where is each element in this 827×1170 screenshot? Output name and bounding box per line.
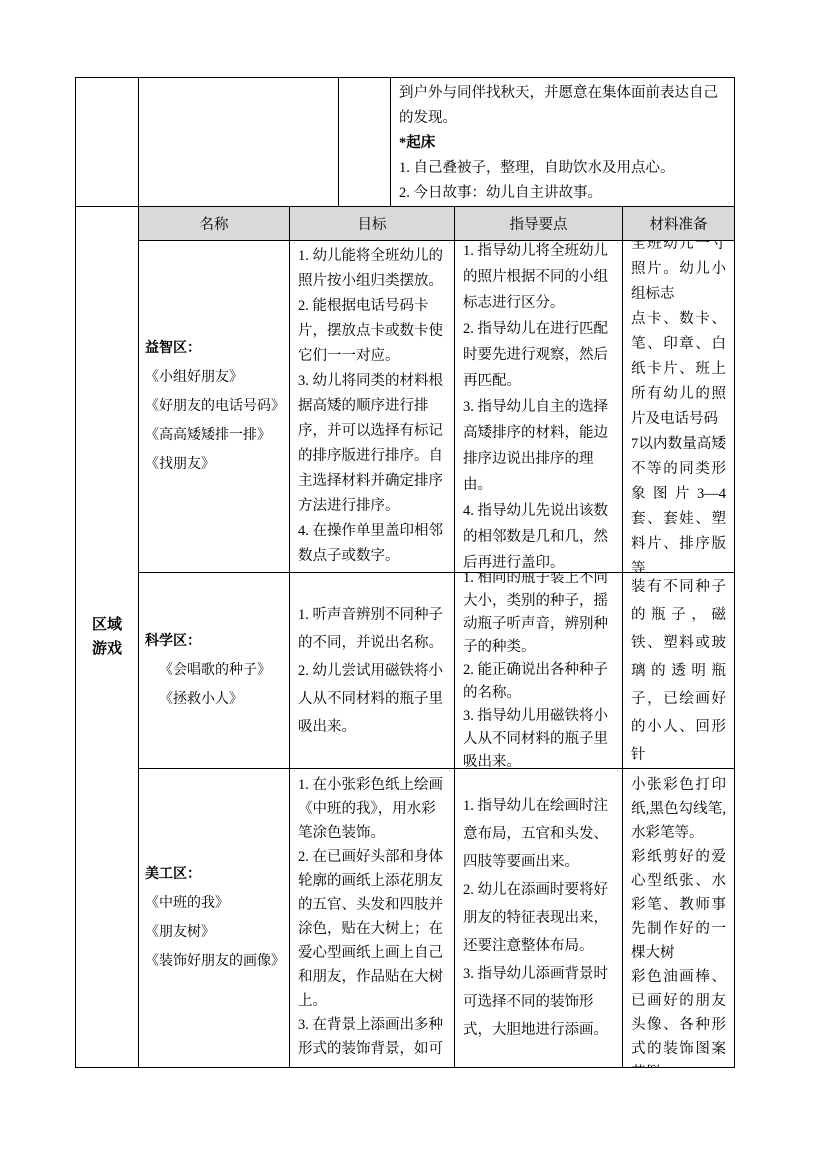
table-row-art-area: 美工区： 《中班的我》 《朋友树》 《装饰好朋友的画像》 1. 在小张彩色纸上绘… (139, 769, 734, 1067)
table-columns: 名称 目标 指导要点 材料准备 益智区： 《小组好朋友》 《好朋友的电话号码》 … (139, 207, 734, 1067)
puzzle-area-materials-cell: 全班幼儿一寸照片。幼儿小组标志 点卡、数卡、笔、印章、白纸卡片、班上所有幼儿的照… (623, 241, 734, 572)
science-area-guidance-cell: 1. 相同的瓶子装上不同大小，类别的种子，摇动瓶子听声音，辨别种子的种类。 2.… (455, 573, 623, 768)
science-area-title: 科学区： (145, 627, 289, 656)
art-area-materials-cell: 小张彩色打印纸,黑色勾线笔,水彩笔等。 彩纸剪好的爱心型纸张、水彩笔、教师事先制… (623, 769, 734, 1067)
science-area-materials-cell: 装有不同种子的瓶子，磁铁、塑料或玻璃的透明瓶子，已绘画好的小人、回形针 (623, 573, 734, 768)
weekly-plan-table: 到户外与同伴找秋天，并愿意在集体面前表达自己的发现。 *起床 1. 自己叠被子，… (75, 77, 735, 1068)
header-name: 名称 (139, 207, 290, 240)
table-row-science-area: 科学区： 《会唱歌的种子》 《拯救小人》 1. 听声音辨别不同种子的不同，并说出… (139, 573, 734, 769)
art-area-activities: 《中班的我》 《朋友树》 《装饰好朋友的画像》 (145, 889, 289, 976)
puzzle-area-goals-cell: 1. 幼儿能将全班幼儿的照片按小组归类摆放。 2. 能根据电话号码卡片，摆放点卡… (290, 241, 455, 572)
routine-intro-text: 到户外与同伴找秋天，并愿意在集体面前表达自己的发现。 (399, 81, 732, 131)
document-page: 到户外与同伴找秋天，并愿意在集体面前表达自己的发现。 *起床 1. 自己叠被子，… (0, 0, 827, 1170)
empty-cell (339, 78, 391, 206)
wakeup-heading: *起床 (399, 131, 732, 156)
puzzle-area-title: 益智区： (145, 334, 289, 363)
science-area-goals-cell: 1. 听声音辨别不同种子的不同，并说出名称。 2. 幼儿尝试用磁铁将小人从不同材… (290, 573, 455, 768)
science-area-name-cell: 科学区： 《会唱歌的种子》 《拯救小人》 (139, 573, 290, 768)
science-area-activities: 《会唱歌的种子》 《拯救小人》 (145, 656, 289, 714)
puzzle-area-guidance-cell: 1. 指导幼儿将全班幼儿的照片根据不同的小组标志进行区分。 2. 指导幼儿在进行… (455, 241, 623, 572)
header-materials: 材料准备 (623, 207, 734, 240)
art-area-title: 美工区： (145, 860, 289, 889)
table-row-daily-routine: 到户外与同伴找秋天，并愿意在集体面前表达自己的发现。 *起床 1. 自己叠被子，… (76, 78, 734, 207)
header-guidance: 指导要点 (455, 207, 623, 240)
wakeup-items: 1. 自己叠被子，整理，自助饮水及用点心。 2. 今日故事：幼儿自主讲故事。 (399, 156, 732, 206)
empty-cell (76, 78, 139, 206)
area-games-label: 区域游戏 (91, 613, 123, 661)
art-area-name-cell: 美工区： 《中班的我》 《朋友树》 《装饰好朋友的画像》 (139, 769, 290, 1067)
puzzle-area-activities: 《小组好朋友》 《好朋友的电话号码》 《高高矮矮排一排》 《找朋友》 (145, 363, 289, 479)
table-header-row: 名称 目标 指导要点 材料准备 (139, 207, 734, 241)
puzzle-area-name-cell: 益智区： 《小组好朋友》 《好朋友的电话号码》 《高高矮矮排一排》 《找朋友》 (139, 241, 290, 572)
empty-cell (139, 78, 339, 206)
table-body: 区域游戏 名称 目标 指导要点 材料准备 益智区： 《小组好朋友》 《好朋友的电… (76, 207, 734, 1067)
art-area-goals-cell: 1. 在小张彩色纸上绘画《中班的我》，用水彩笔涂色装饰。 2. 在已画好头部和身… (290, 769, 455, 1067)
header-goal: 目标 (290, 207, 455, 240)
daily-routine-cell: 到户外与同伴找秋天，并愿意在集体面前表达自己的发现。 *起床 1. 自己叠被子，… (391, 78, 734, 206)
art-area-guidance-cell: 1. 指导幼儿在绘画时注意布局，五官和头发、四肢等要画出来。 2. 幼儿在添画时… (455, 769, 623, 1067)
area-games-label-cell: 区域游戏 (76, 207, 139, 1067)
table-row-puzzle-area: 益智区： 《小组好朋友》 《好朋友的电话号码》 《高高矮矮排一排》 《找朋友》 … (139, 241, 734, 573)
